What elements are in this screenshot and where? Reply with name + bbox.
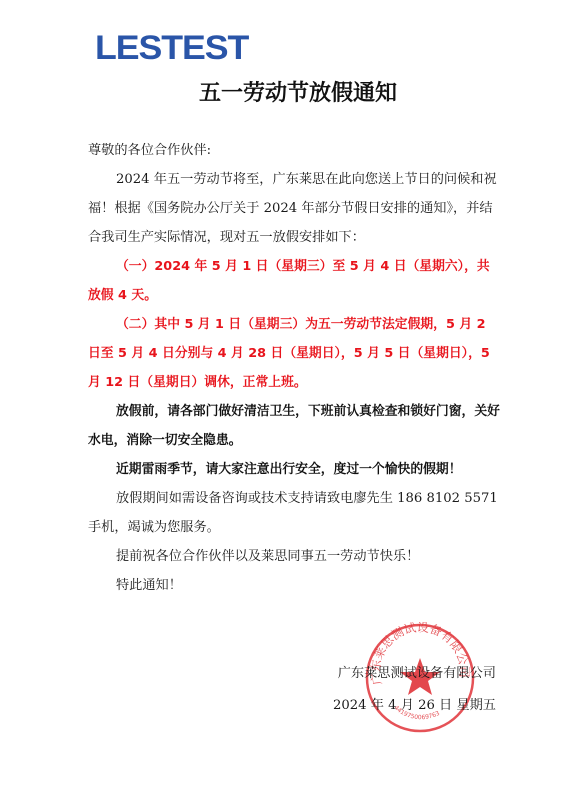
safety-notice: 放假前，请各部门做好清洁卫生，下班前认真检查和锁好门窗，关好水电，消除一切安全隐… bbox=[88, 397, 500, 455]
contact-paragraph: 放假期间如需设备咨询或技术支持请致电廖先生 186 8102 5571 手机，竭… bbox=[88, 484, 500, 542]
signature-date: 2024 年 4 月 26 日 星期五 bbox=[333, 694, 496, 713]
wishes-paragraph: 提前祝各位合作伙伴以及莱思同事五一劳动节快乐！ bbox=[88, 542, 500, 571]
holiday-item-2: （二）其中 5 月 1 日（星期三）为五一劳动节法定假期，5 月 2 日至 5 … bbox=[88, 310, 500, 397]
signature-company: 广东莱思测试设备有限公司 bbox=[338, 662, 496, 681]
intro-paragraph: 2024 年五一劳动节将至，广东莱思在此向您送上节日的问候和祝福！根据《国务院办… bbox=[88, 165, 500, 252]
notice-body: 尊敬的各位合作伙伴: 2024 年五一劳动节将至，广东莱思在此向您送上节日的问候… bbox=[88, 136, 500, 600]
closing-line: 特此通知！ bbox=[88, 571, 500, 600]
greeting: 尊敬的各位合作伙伴: bbox=[88, 136, 500, 165]
weather-notice: 近期雷雨季节，请大家注意出行安全，度过一个愉快的假期！ bbox=[88, 455, 500, 484]
holiday-item-1: （一）2024 年 5 月 1 日（星期三）至 5 月 4 日（星期六），共放假… bbox=[88, 252, 500, 310]
company-logo: LESTEST bbox=[95, 30, 248, 66]
page-title: 五一劳动节放假通知 bbox=[0, 76, 586, 107]
